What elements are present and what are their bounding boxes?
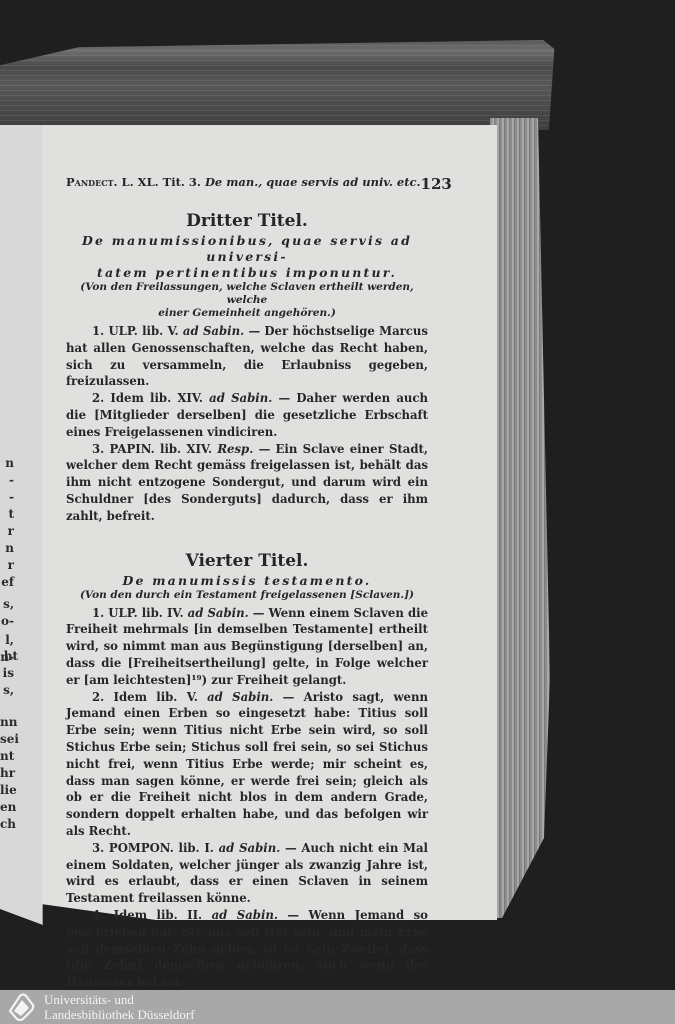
german-subtitle: (Von den Freilassungen, welche Sclaven e… bbox=[66, 281, 428, 320]
citation-work: ad Sabin. bbox=[212, 908, 278, 922]
left-fragment: - bbox=[0, 489, 14, 506]
page-edges bbox=[490, 118, 550, 918]
citation: 3. PAPIN. lib. XIV. bbox=[92, 442, 212, 456]
left-fragment: en bbox=[0, 799, 14, 816]
citation: 4. Idem lib. II. bbox=[92, 908, 202, 922]
citation-work: ad Sabin. bbox=[209, 391, 272, 405]
left-fragment: nt bbox=[0, 748, 14, 765]
citation: 2. Idem lib. XIV. bbox=[92, 391, 203, 405]
book-top-edge bbox=[0, 40, 560, 130]
paragraph: 1. ULP. lib. V. ad Sabin. — Der höchstse… bbox=[66, 323, 428, 390]
section-heading: Dritter Titel. bbox=[66, 211, 428, 231]
citation-work: ad Sabin. bbox=[207, 690, 273, 704]
institution-name[interactable]: Universitäts- und Landesbibliothek Düsse… bbox=[44, 992, 195, 1022]
page-content: Pandect. L. XL. Tit. 3. De man., quae se… bbox=[66, 175, 428, 990]
institution-line-1: Universitäts- und bbox=[44, 992, 195, 1007]
paragraph: 1. ULP. lib. IV. ad Sabin. — Wenn einem … bbox=[66, 605, 428, 689]
latin-title-line: tatem pertinentibus imponuntur. bbox=[66, 265, 428, 281]
citation-work: Resp. bbox=[217, 442, 253, 456]
latin-title-line: De manumissionibus, quae servis ad unive… bbox=[66, 233, 428, 265]
left-fragment: r bbox=[0, 557, 14, 574]
left-fragment: o- bbox=[0, 613, 14, 630]
paragraph: 3. PAPIN. lib. XIV. Resp. — Ein Sclave e… bbox=[66, 441, 428, 525]
left-fragment: lie bbox=[0, 782, 14, 799]
section-heading: Vierter Titel. bbox=[66, 551, 428, 571]
latin-title-line: De manumissis testamento. bbox=[66, 573, 428, 589]
citation: 2. Idem lib. V. bbox=[92, 690, 198, 704]
running-head-left: Pandect. L. XL. Tit. 3. De man., quae se… bbox=[66, 175, 421, 193]
latin-title: De manumissis testamento. bbox=[66, 573, 428, 589]
left-fragment: s, bbox=[0, 596, 14, 613]
book-scan: n - - t r n r ef s, o- l, n- ht is s, nn… bbox=[0, 0, 675, 990]
running-head-title: De man., quae servis ad univ. etc. bbox=[205, 175, 421, 189]
german-subtitle-line: (Von den Freilassungen, welche Sclaven e… bbox=[66, 281, 428, 307]
paragraph-text: — Aristo sagt, wenn Jemand einen Erben s… bbox=[66, 690, 428, 838]
paragraph: 4. Idem lib. II. ad Sabin. — Wenn Jemand… bbox=[66, 907, 428, 990]
left-fragment: hr bbox=[0, 765, 14, 782]
left-fragment: n bbox=[0, 455, 14, 472]
running-head-ref: L. XL. Tit. 3. bbox=[122, 175, 201, 189]
citation-work: ad Sabin. bbox=[183, 324, 244, 338]
left-fragment: r bbox=[0, 523, 14, 540]
left-fragment: ef bbox=[0, 574, 14, 591]
left-fragment: ch bbox=[0, 816, 14, 833]
german-subtitle-line: einer Gemeinheit angehören.) bbox=[66, 307, 428, 320]
left-fragment: is bbox=[0, 665, 14, 682]
left-fragment: n bbox=[0, 540, 14, 557]
library-book-logo-icon[interactable] bbox=[4, 992, 38, 1022]
paragraph: 2. Idem lib. XIV. ad Sabin. — Daher werd… bbox=[66, 390, 428, 440]
running-head: Pandect. L. XL. Tit. 3. De man., quae se… bbox=[66, 175, 428, 193]
left-fragment: sei bbox=[0, 731, 14, 748]
left-fragment: l, bbox=[0, 632, 14, 649]
library-footer-bar: Universitäts- und Landesbibliothek Düsse… bbox=[0, 990, 675, 1024]
citation: 1. ULP. lib. IV. bbox=[92, 606, 184, 620]
latin-title: De manumissionibus, quae servis ad unive… bbox=[66, 233, 428, 281]
german-subtitle-line: (Von den durch ein Testament freigelasse… bbox=[66, 589, 428, 602]
paragraph: 3. POMPON. lib. I. ad Sabin. — Auch nich… bbox=[66, 840, 428, 907]
institution-line-2: Landesbibliothek Düsseldorf bbox=[44, 1007, 195, 1022]
citation-work: ad Sabin. bbox=[188, 606, 249, 620]
left-fragment: ht bbox=[0, 648, 18, 665]
page-number: 123 bbox=[421, 175, 452, 193]
citation: 1. ULP. lib. V. bbox=[92, 324, 179, 338]
left-fragment: t bbox=[0, 506, 14, 523]
german-subtitle: (Von den durch ein Testament freigelasse… bbox=[66, 589, 428, 602]
left-fragment: - bbox=[0, 472, 14, 489]
left-fragment: nn bbox=[0, 714, 14, 731]
citation: 3. POMPON. lib. I. bbox=[92, 841, 214, 855]
running-head-short: Pandect. bbox=[66, 175, 118, 189]
paragraph: 2. Idem lib. V. ad Sabin. — Aristo sagt,… bbox=[66, 689, 428, 840]
citation-work: ad Sabin. bbox=[219, 841, 281, 855]
left-fragment: s, bbox=[0, 682, 14, 699]
